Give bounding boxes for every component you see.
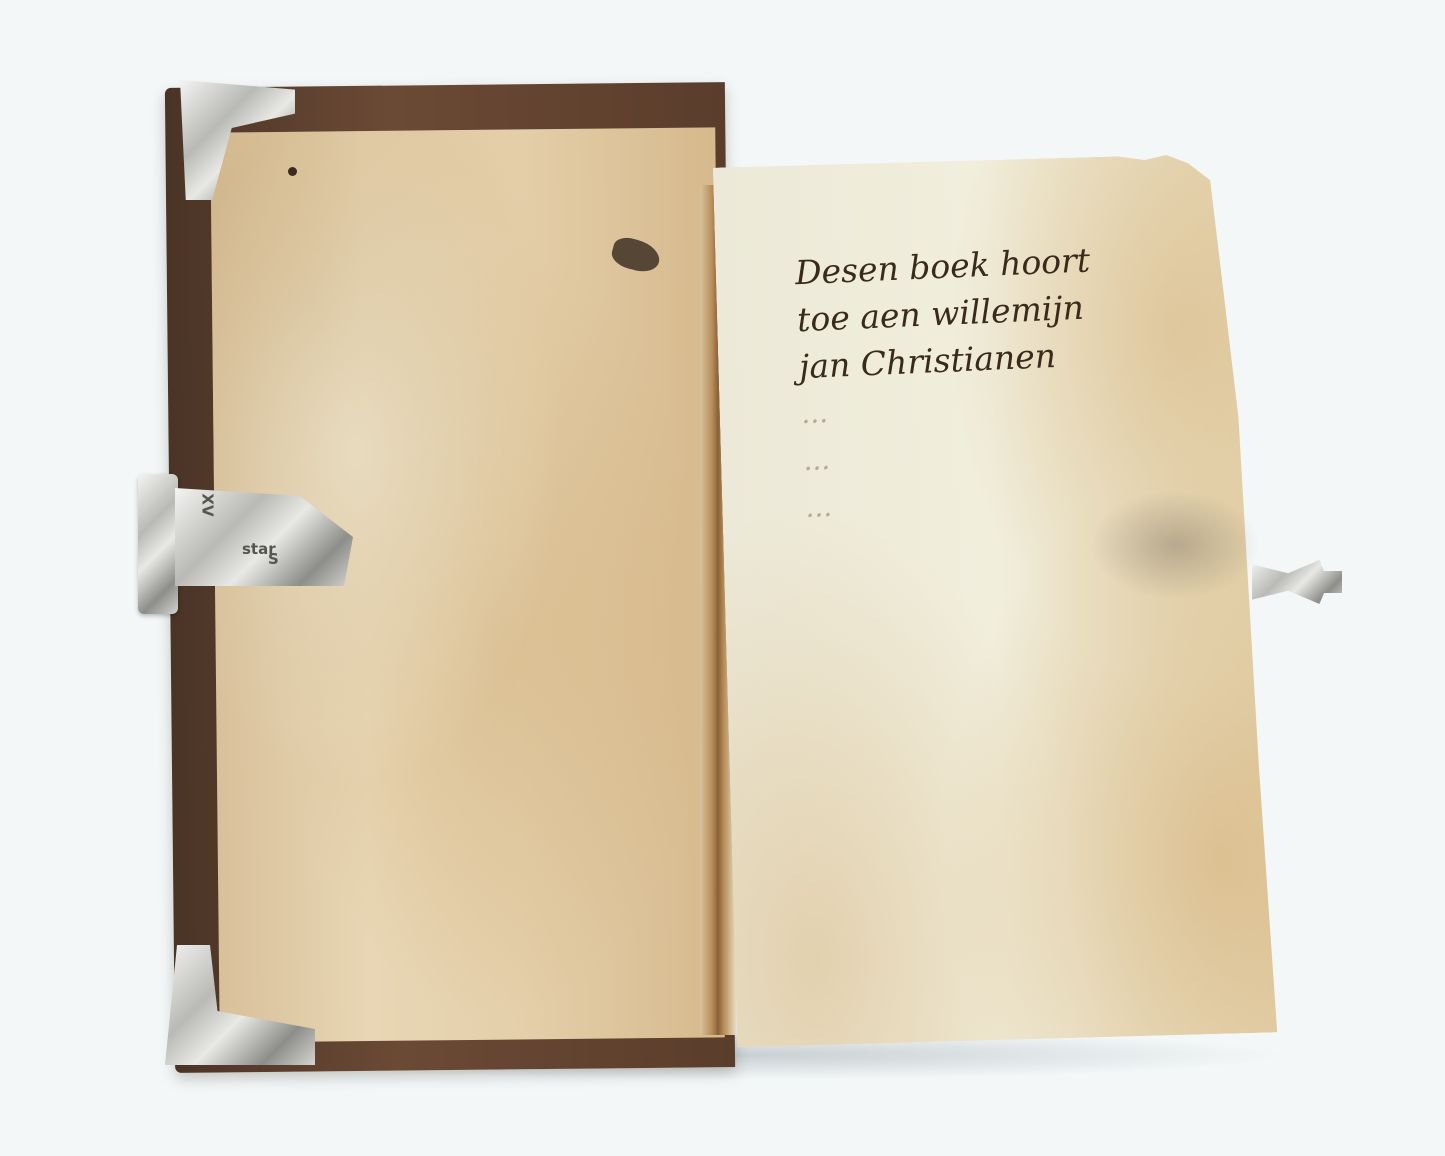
photo-scene: Desen boek hoort toe aen willemijn jan C… bbox=[0, 0, 1445, 1156]
clasp-numeral-mark: XV bbox=[199, 493, 217, 516]
clasp-hallmark-2: S bbox=[268, 550, 279, 568]
ink-speck bbox=[288, 167, 297, 176]
silver-clasp-catch bbox=[1252, 560, 1342, 604]
clasp-hinge bbox=[138, 474, 178, 614]
handwritten-inscription: Desen boek hoort toe aen willemijn jan C… bbox=[794, 231, 1226, 531]
